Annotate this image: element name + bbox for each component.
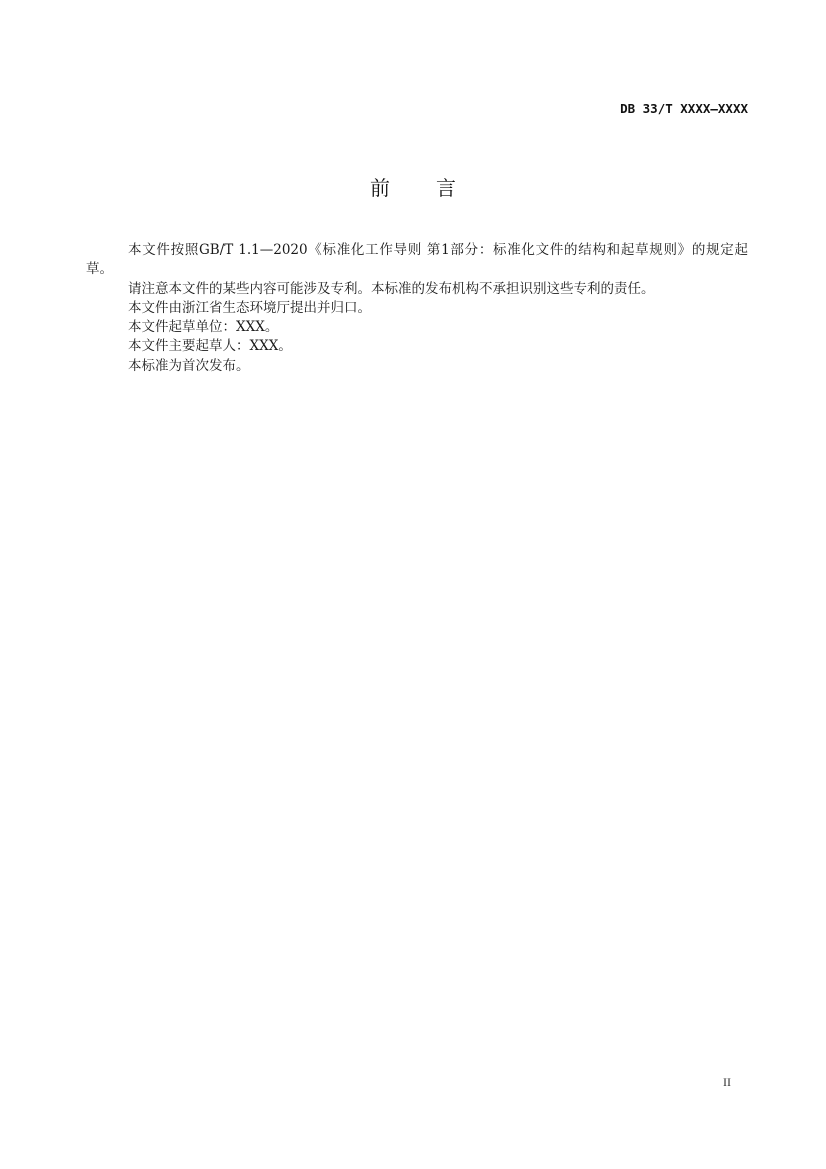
- document-page: DB 33/T XXXX—XXXX 前言 本文件按照GB/T 1.1—2020《…: [0, 0, 826, 1169]
- page-title: 前言: [0, 172, 826, 201]
- title-char-2: 言: [436, 172, 456, 201]
- paragraph-drafting-rules: 本文件按照GB/T 1.1—2020《标准化工作导则 第1部分：标准化文件的结构…: [86, 241, 748, 280]
- paragraph-drafting-unit: 本文件起草单位：XXX。: [86, 318, 748, 337]
- page-number: II: [723, 1075, 731, 1090]
- paragraph-drafters: 本文件主要起草人：XXX。: [86, 337, 748, 356]
- paragraph-proposer: 本文件由浙江省生态环境厅提出并归口。: [86, 299, 748, 318]
- title-char-1: 前: [370, 172, 390, 201]
- paragraph-patent-notice: 请注意本文件的某些内容可能涉及专利。本标准的发布机构不承担识别这些专利的责任。: [86, 280, 748, 299]
- foreword-body: 本文件按照GB/T 1.1—2020《标准化工作导则 第1部分：标准化文件的结构…: [86, 241, 748, 376]
- paragraph-first-release: 本标准为首次发布。: [86, 357, 748, 376]
- standard-code-header: DB 33/T XXXX—XXXX: [620, 101, 748, 116]
